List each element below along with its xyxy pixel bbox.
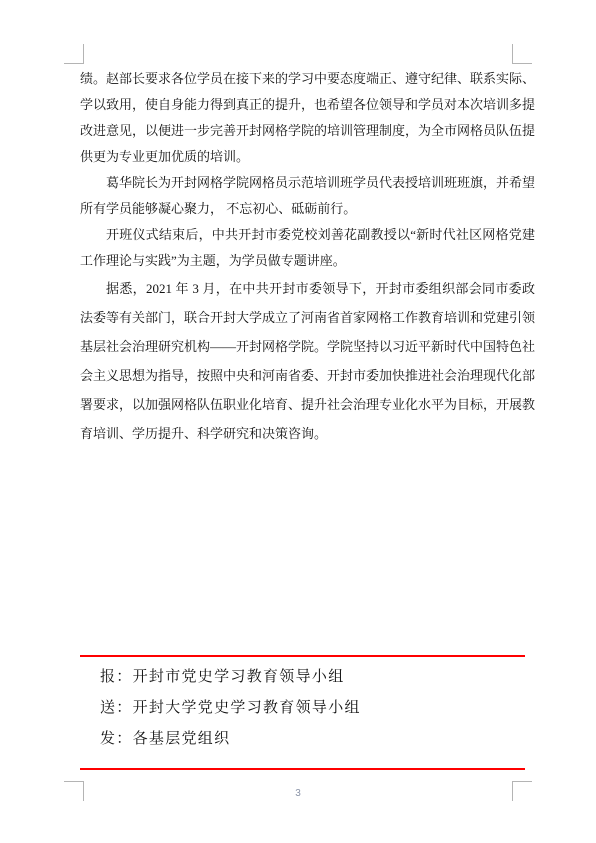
document-body: 绩。赵部长要求各位学员在接下来的学习中要态度端正、遵守纪律、联系实际、学以致用，…: [80, 66, 535, 448]
paragraph-line: 绩。赵部长要求各位学员在接下来的学习中要态度端正、遵守纪律、联系实际、: [80, 66, 535, 92]
distribution-block: 报：开封市党史学习教育领导小组送：开封大学党史学习教育领导小组发：各基层党组织: [80, 655, 525, 770]
paragraph-line: 法委等有关部门，联合开封大学成立了河南省首家网格工作教育培训和党建引领: [80, 303, 535, 332]
document-page: { "page": { "page_number": "3", "accent_…: [0, 0, 596, 843]
distribution-line: 送：开封大学党史学习教育领导小组: [100, 693, 525, 724]
paragraph-line: 基层社会治理研究机构——开封网格学院。学院坚持以习近平新时代中国特色社: [80, 332, 535, 361]
crop-mark-top-right-icon: [512, 44, 532, 64]
paragraph: 开班仪式结束后，中共开封市委党校刘善花副教授以“新时代社区网格党建工作理论与实践…: [80, 222, 535, 274]
paragraph-line: 会主义思想为指导，按照中央和河南省委、开封市委加快推进社会治理现代化部: [80, 361, 535, 390]
paragraph: 据悉，2021 年 3 月，在中共开封市委领导下，开封市委组织部会同市委政法委等…: [80, 274, 535, 448]
paragraph-line: 供更为专业更加优质的培训。: [80, 144, 535, 170]
crop-mark-top-left-icon: [64, 44, 84, 64]
distribution-lines: 报：开封市党史学习教育领导小组送：开封大学党史学习教育领导小组发：各基层党组织: [80, 662, 525, 755]
paragraph-line: 改进意见，以便进一步完善开封网格学院的培训管理制度，为全市网格员队伍提: [80, 118, 535, 144]
paragraph-line: 葛华院长为开封网格学院网格员示范培训班学员代表授培训班班旗，并希望: [80, 170, 535, 196]
page-number: 3: [0, 788, 596, 800]
paragraph-line: 署要求，以加强网格队伍职业化培育、提升社会治理专业化水平为目标，开展教: [80, 390, 535, 419]
paragraph-line: 育培训、学历提升、科学研究和决策咨询。: [80, 419, 535, 448]
distribution-top-rule: [80, 655, 525, 657]
paragraph-line: 工作理论与实践”为主题，为学员做专题讲座。: [80, 248, 535, 274]
distribution-line: 报：开封市党史学习教育领导小组: [100, 662, 525, 693]
paragraph: 葛华院长为开封网格学院网格员示范培训班学员代表授培训班班旗，并希望所有学员能够凝…: [80, 170, 535, 222]
paragraph-line: 所有学员能够凝心聚力， 不忘初心、砥砺前行。: [80, 196, 535, 222]
paragraph-line: 学以致用，使自身能力得到真正的提升，也希望各位领导和学员对本次培训多提: [80, 92, 535, 118]
paragraph-line: 开班仪式结束后，中共开封市委党校刘善花副教授以“新时代社区网格党建: [80, 222, 535, 248]
paragraph: 绩。赵部长要求各位学员在接下来的学习中要态度端正、遵守纪律、联系实际、学以致用，…: [80, 66, 535, 170]
distribution-line: 发：各基层党组织: [100, 724, 525, 755]
distribution-bottom-rule: [80, 768, 525, 770]
paragraph-line: 据悉，2021 年 3 月，在中共开封市委领导下，开封市委组织部会同市委政: [80, 274, 535, 303]
